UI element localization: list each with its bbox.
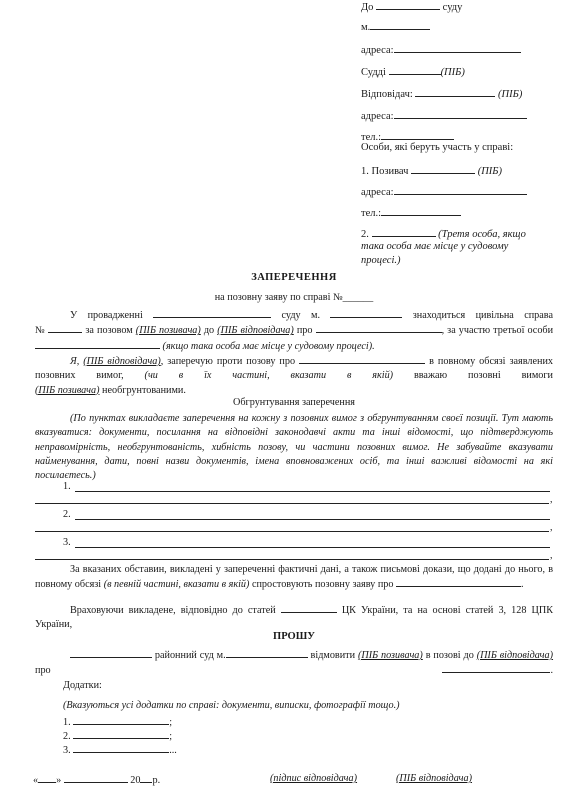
claim-subject-field[interactable] (316, 323, 442, 333)
court-name-field[interactable] (376, 0, 440, 10)
point-3-line-1[interactable] (75, 547, 550, 548)
paragraph-conclusion: За вказаних обставин, викладені у запере… (35, 563, 553, 593)
month-field[interactable] (64, 773, 128, 783)
city-line: м. (361, 20, 430, 33)
paragraph-legal-basis: Враховуючи викладене, відповідно до стат… (35, 603, 553, 633)
defendant-address-line: адреса: (361, 109, 527, 122)
point-2-line-2[interactable] (35, 531, 549, 532)
court-line: До суду (361, 0, 462, 13)
defendant-address-field[interactable] (394, 109, 527, 119)
third-party-hint-line3: процесі.) (361, 255, 400, 266)
justification-hint: (По пунктах викладаєте заперечення на ко… (35, 412, 553, 483)
point-number: 3. (63, 537, 71, 548)
attachment-item: 3. ... (63, 743, 177, 756)
third-party-field[interactable] (372, 227, 436, 237)
request-subject-field[interactable] (442, 663, 550, 673)
request-title: ПРОШУ (35, 631, 553, 642)
defendant-line: Відповідач: (ПІБ) (361, 87, 522, 100)
point-number: 2. (63, 509, 71, 520)
attachment-field[interactable] (73, 715, 169, 725)
point-1-line-2[interactable] (35, 503, 549, 504)
attachment-field[interactable] (73, 729, 169, 739)
plaintiff-line: 1. Позивач (ПІБ) (361, 164, 502, 177)
document-title: ЗАПЕРЕЧЕННЯ (35, 272, 553, 283)
name-hint: (ПІБ відповідача) (396, 773, 472, 784)
plaintiff-phone-line: тел.: (361, 206, 461, 219)
point-3-line-2[interactable] (35, 559, 549, 560)
plaintiff-phone-field[interactable] (381, 206, 461, 216)
court-address-field[interactable] (394, 43, 521, 53)
third-party-line: 2. (Третя особа, якщо (361, 227, 526, 240)
attachments-label: Додатки: (63, 680, 102, 691)
date-line: «» 20р. (33, 773, 160, 786)
year-field[interactable] (140, 773, 152, 783)
paragraph-request: районний суд м. відмовити (ПІБ позивача)… (35, 648, 553, 679)
defendant-field[interactable] (415, 87, 495, 97)
court-field[interactable] (153, 308, 271, 318)
objection-subject-field[interactable] (299, 354, 425, 364)
point-number: 1. (63, 481, 71, 492)
plaintiff-field[interactable] (411, 164, 475, 174)
paragraph-objection: Я, (ПІБ відповідача), заперечую проти по… (35, 354, 553, 398)
attachment-field[interactable] (73, 743, 169, 753)
district-court-field[interactable] (70, 648, 152, 658)
point-1-line-1[interactable] (75, 491, 550, 492)
judge-field[interactable] (389, 65, 441, 75)
paragraph-proceedings: У провадженні суду м. знаходиться цивіль… (35, 308, 553, 354)
third-party-name-field[interactable] (35, 339, 160, 349)
refuted-claim-field[interactable] (396, 577, 521, 587)
plaintiff-address-field[interactable] (394, 185, 527, 195)
court-city-field[interactable] (330, 308, 402, 318)
plaintiff-address-line: адреса: (361, 185, 527, 198)
request-city-field[interactable] (226, 648, 308, 658)
case-number-field[interactable] (48, 323, 82, 333)
justification-title: Обгрунтування заперечення (35, 397, 553, 408)
third-party-hint-line2: така особа має місце у судовому (361, 241, 508, 252)
court-address-line: адреса: (361, 43, 521, 56)
day-field[interactable] (38, 773, 56, 783)
signature-hint: (підпис відповідача) (270, 773, 357, 784)
city-field[interactable] (370, 20, 430, 30)
parties-title: Особи, які беруть участь у справі: (361, 142, 513, 153)
attachment-item: 1. ; (63, 715, 172, 728)
defendant-phone-field[interactable] (381, 130, 454, 140)
articles-field[interactable] (281, 603, 337, 613)
attachment-item: 2. ; (63, 729, 172, 742)
attachments-hint: (Вказуються усі додатки по справі: докум… (63, 700, 400, 711)
point-2-line-1[interactable] (75, 519, 550, 520)
document-subtitle: на позовну заяву по справі №______ (35, 292, 553, 303)
judge-line: Судді (ПІБ) (361, 65, 465, 78)
